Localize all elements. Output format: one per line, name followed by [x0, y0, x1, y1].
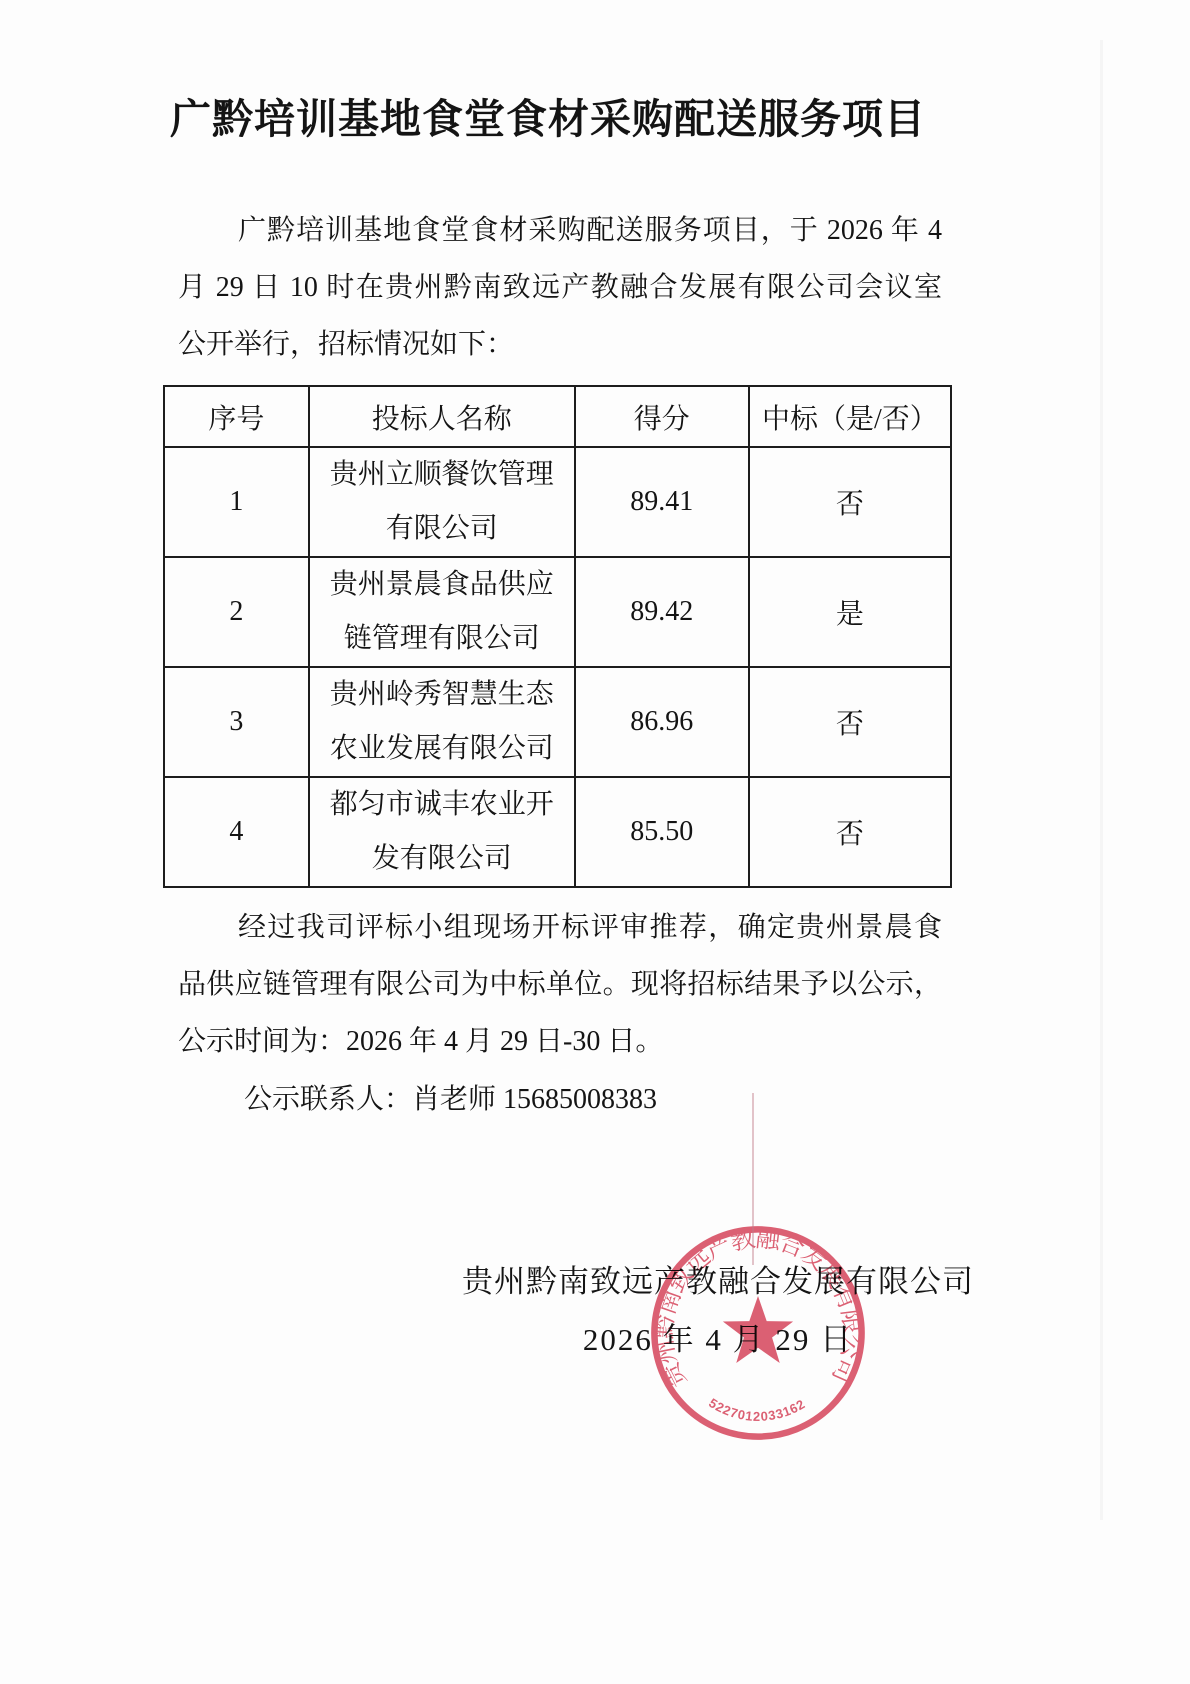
cell-bidder-name: 都匀市诚丰农业开 发有限公司	[309, 777, 575, 887]
bidder-name-line: 链管理有限公司	[310, 612, 574, 666]
table-row: 3 贵州岭秀智慧生态 农业发展有限公司 86.96 否	[164, 667, 951, 777]
cell-score: 86.96	[575, 667, 749, 777]
bid-results-table: 序号 投标人名称 得分 中标（是/否） 1 贵州立顺餐饮管理 有限公司 89.4…	[163, 385, 952, 888]
result-line-3: 公示时间为：2026 年 4 月 29 日-30 日。	[178, 1013, 942, 1070]
table-row: 4 都匀市诚丰农业开 发有限公司 85.50 否	[164, 777, 951, 887]
cell-score: 89.42	[575, 557, 749, 667]
document-title: 广黔培训基地食堂食材采购配送服务项目	[0, 86, 1096, 145]
scanned-document-page: 广黔培训基地食堂食材采购配送服务项目 广黔培训基地食堂食材采购配送服务项目，于 …	[0, 0, 1190, 1684]
scan-artifact-line	[1100, 40, 1103, 1520]
bidder-name-line: 都匀市诚丰农业开	[310, 778, 574, 832]
company-seal-stamp: 贵州黔南致远产教融合发展有限公司 5227012033162	[641, 1222, 875, 1444]
cell-win: 否	[749, 447, 951, 557]
bidder-name-line: 贵州立顺餐饮管理	[310, 448, 574, 502]
cell-win: 否	[749, 777, 951, 887]
result-line-1: 经过我司评标小组现场开标评审推荐，确定贵州景晨食	[178, 899, 942, 956]
result-paragraph: 经过我司评标小组现场开标评审推荐，确定贵州景晨食 品供应链管理有限公司为中标单位…	[178, 899, 942, 1070]
bidder-name-line: 贵州景晨食品供应	[310, 558, 574, 612]
cell-serial-no: 4	[164, 777, 309, 887]
cell-serial-no: 3	[164, 667, 309, 777]
intro-line-3: 公开举行，招标情况如下：	[178, 316, 942, 373]
bidder-name-line: 农业发展有限公司	[310, 722, 574, 776]
cell-serial-no: 2	[164, 557, 309, 667]
cell-score: 85.50	[575, 777, 749, 887]
header-serial-no: 序号	[164, 386, 309, 447]
cell-score: 89.41	[575, 447, 749, 557]
header-bidder-name: 投标人名称	[309, 386, 575, 447]
result-line-2: 品供应链管理有限公司为中标单位。现将招标结果予以公示，	[178, 956, 942, 1013]
table-row: 1 贵州立顺餐饮管理 有限公司 89.41 否	[164, 447, 951, 557]
seal-star-icon	[723, 1296, 793, 1363]
intro-paragraph: 广黔培训基地食堂食材采购配送服务项目，于 2026 年 4 月 29 日 10 …	[178, 202, 942, 373]
header-win: 中标（是/否）	[749, 386, 951, 447]
cell-win: 是	[749, 557, 951, 667]
seal-number: 5227012033162	[706, 1395, 807, 1424]
cell-bidder-name: 贵州岭秀智慧生态 农业发展有限公司	[309, 667, 575, 777]
cell-win: 否	[749, 667, 951, 777]
intro-line-2: 月 29 日 10 时在贵州黔南致远产教融合发展有限公司会议室	[178, 259, 942, 316]
scan-artifact-line	[752, 1093, 754, 1265]
bidder-name-line: 发有限公司	[310, 832, 574, 886]
bidder-name-line: 贵州岭秀智慧生态	[310, 668, 574, 722]
table-header-row: 序号 投标人名称 得分 中标（是/否）	[164, 386, 951, 447]
table-row: 2 贵州景晨食品供应 链管理有限公司 89.42 是	[164, 557, 951, 667]
cell-bidder-name: 贵州景晨食品供应 链管理有限公司	[309, 557, 575, 667]
contact-line: 公示联系人：肖老师 15685008383	[178, 1071, 942, 1128]
header-score: 得分	[575, 386, 749, 447]
intro-line-1: 广黔培训基地食堂食材采购配送服务项目，于 2026 年 4	[178, 202, 942, 259]
cell-bidder-name: 贵州立顺餐饮管理 有限公司	[309, 447, 575, 557]
bidder-name-line: 有限公司	[310, 502, 574, 556]
cell-serial-no: 1	[164, 447, 309, 557]
